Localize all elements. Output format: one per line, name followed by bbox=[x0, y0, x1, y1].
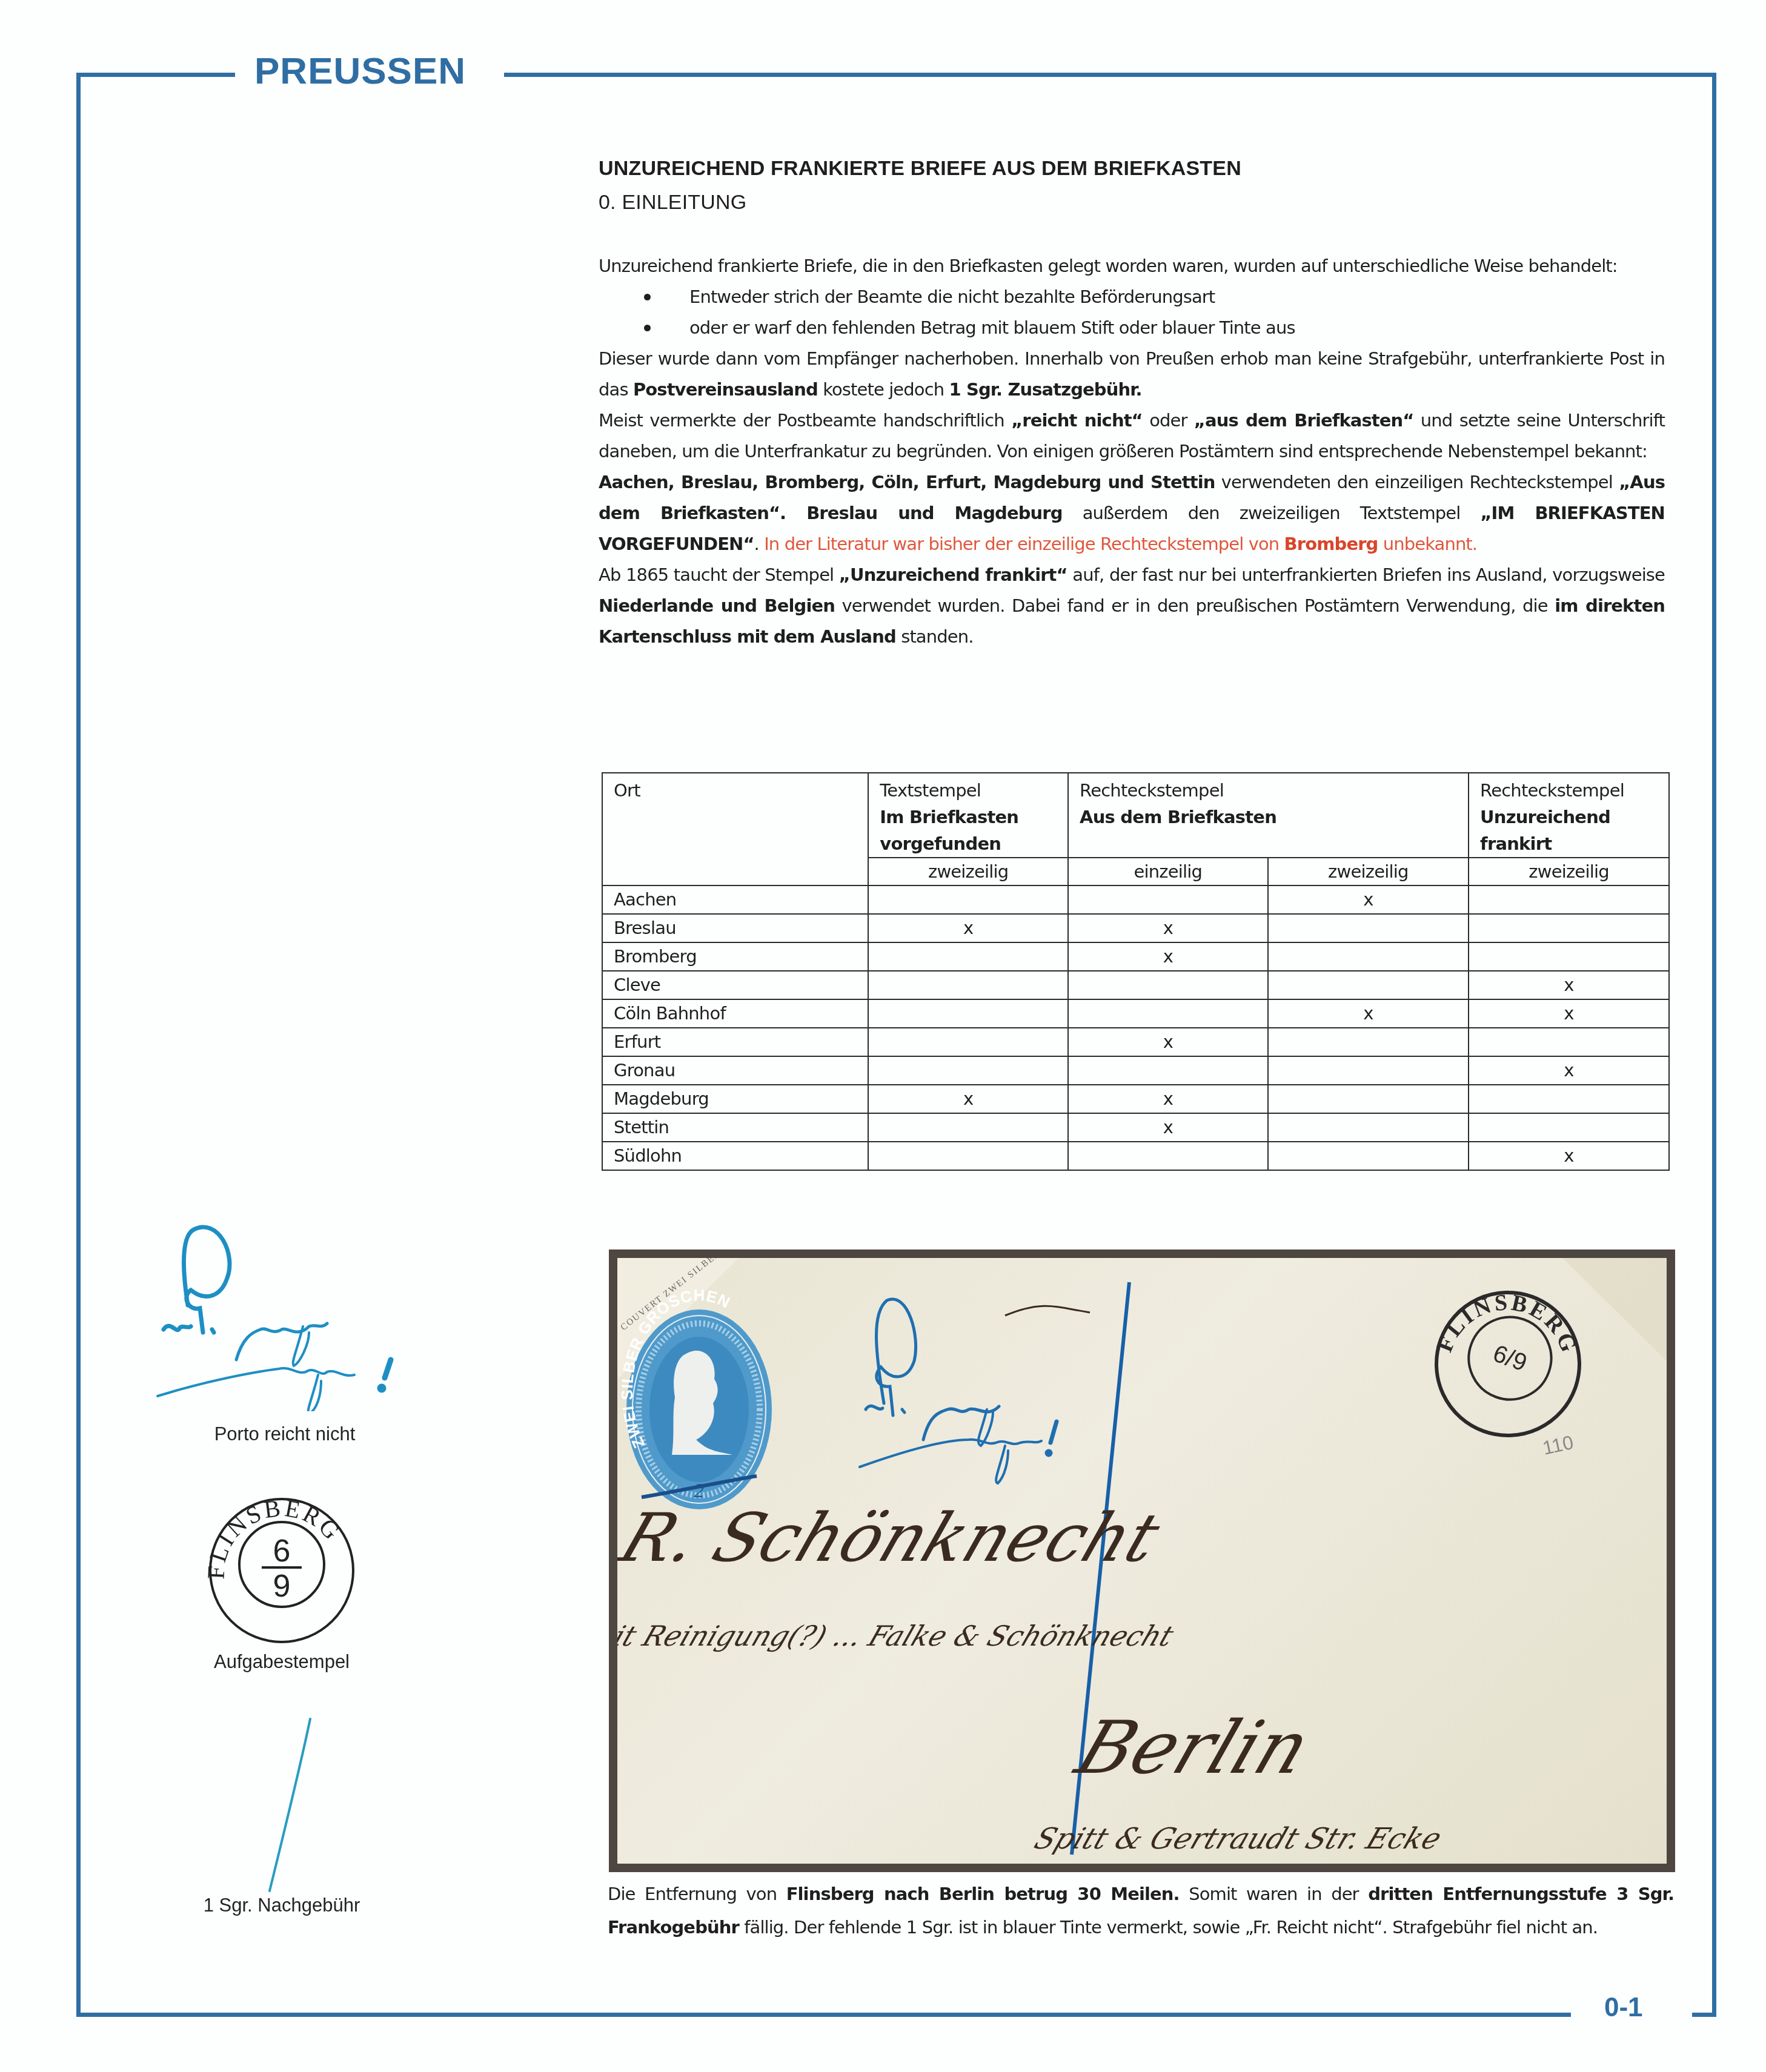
table-row: Magdeburgxx bbox=[602, 1085, 1669, 1113]
cell-mark bbox=[1068, 1056, 1267, 1085]
envelope-drawing: COUVERT ZWEI SILBERGROSCHEN ZWEI SILBER … bbox=[617, 1258, 1667, 1864]
table-row: Stettinx bbox=[602, 1113, 1669, 1142]
table-row: Clevex bbox=[602, 971, 1669, 999]
cell-mark bbox=[1469, 1028, 1669, 1056]
header-ort: Ort bbox=[602, 773, 868, 885]
cell-mark: x bbox=[868, 914, 1068, 942]
cell-mark bbox=[1268, 1085, 1469, 1113]
address-name: R. Schönknecht bbox=[617, 1499, 1170, 1577]
header-rechteck-aus: Rechteckstempel Aus dem Briefkasten bbox=[1068, 773, 1469, 858]
cell-mark: x bbox=[1469, 971, 1669, 999]
subheader: einzeilig bbox=[1068, 858, 1267, 885]
list-item: oder er warf den fehlenden Betrag mit bl… bbox=[689, 313, 1665, 343]
cell-mark bbox=[1068, 999, 1267, 1028]
cell-mark bbox=[1068, 971, 1267, 999]
sidebar-handwriting bbox=[145, 1211, 424, 1411]
cell-mark bbox=[868, 1028, 1068, 1056]
blue-annotation-icon bbox=[860, 1299, 1057, 1483]
frame-top-left bbox=[76, 73, 235, 77]
cell-ort: Bromberg bbox=[602, 942, 868, 971]
stamp-usage-table: Ort Textstempel Im Briefkasten vorgefund… bbox=[602, 772, 1670, 1171]
cell-mark bbox=[1268, 942, 1469, 971]
intro-paragraph-4: Aachen, Breslau, Bromberg, Cöln, Erfurt,… bbox=[599, 467, 1665, 560]
intro-section: UNZUREICHEND FRANKIERTE BRIEFE AUS DEM B… bbox=[599, 151, 1665, 652]
cell-ort: Gronau bbox=[602, 1056, 868, 1085]
postmark-month: 9 bbox=[273, 1569, 291, 1604]
cell-mark: x bbox=[1068, 1085, 1267, 1113]
intro-text: Unzureichend frankierte Briefe, die in d… bbox=[599, 251, 1665, 652]
sidebar-caption-nachgebuehr: 1 Sgr. Nachgebühr bbox=[161, 1895, 403, 1916]
table-row: Südlohnx bbox=[602, 1142, 1669, 1170]
cell-mark: x bbox=[1268, 999, 1469, 1028]
cell-mark bbox=[868, 971, 1068, 999]
cell-mark: x bbox=[1068, 1028, 1267, 1056]
frame-top-right bbox=[504, 73, 1716, 77]
postmark-day: 6 bbox=[273, 1534, 291, 1569]
sidebar-stroke bbox=[242, 1714, 333, 1896]
envelope-postmark-town: FLINSBERG bbox=[1432, 1268, 1594, 1395]
cell-mark bbox=[1469, 942, 1669, 971]
envelope-postmark-icon: FLINSBERG 6/9 bbox=[1410, 1268, 1601, 1455]
cell-ort: Cöln Bahnhof bbox=[602, 999, 868, 1028]
intro-paragraph-3: Meist vermerkte der Postbeamte handschri… bbox=[599, 405, 1665, 467]
table-row: Aachenx bbox=[602, 885, 1669, 914]
pencil-note: 110 bbox=[1541, 1431, 1575, 1459]
envelope-paper: COUVERT ZWEI SILBERGROSCHEN ZWEI SILBER … bbox=[617, 1258, 1667, 1864]
cell-mark bbox=[1469, 1113, 1669, 1142]
cell-mark bbox=[1268, 1142, 1469, 1170]
cell-mark: x bbox=[1068, 914, 1267, 942]
cell-mark bbox=[868, 1056, 1068, 1085]
cell-mark: x bbox=[1268, 885, 1469, 914]
cell-mark bbox=[868, 1142, 1068, 1170]
cell-mark bbox=[1268, 1113, 1469, 1142]
subheader: zweizeilig bbox=[1268, 858, 1469, 885]
cell-mark: x bbox=[1068, 942, 1267, 971]
cell-mark bbox=[868, 1113, 1068, 1142]
address-line-2: mit Reinigung(?) ... Falke & Schönknecht bbox=[617, 1620, 1178, 1652]
frame-bottom-right bbox=[1692, 2013, 1716, 2017]
cell-mark bbox=[1268, 914, 1469, 942]
sidebar-caption-aufgabe: Aufgabestempel bbox=[161, 1651, 403, 1673]
cell-mark bbox=[1469, 914, 1669, 942]
cell-mark bbox=[1268, 1056, 1469, 1085]
frame-bottom-left bbox=[76, 2013, 1571, 2017]
cell-mark: x bbox=[868, 1085, 1068, 1113]
cell-mark: x bbox=[1068, 1113, 1267, 1142]
table-row: Gronaux bbox=[602, 1056, 1669, 1085]
cell-mark bbox=[868, 942, 1068, 971]
subheader: zweizeilig bbox=[1469, 858, 1669, 885]
cell-mark: x bbox=[1469, 1142, 1669, 1170]
cell-mark bbox=[1068, 1142, 1267, 1170]
postmark-icon: FLINSBERG 6 9 bbox=[206, 1495, 357, 1646]
frame-right bbox=[1712, 73, 1716, 2017]
intro-paragraph-2: Dieser wurde dann vom Empfänger nacherho… bbox=[599, 343, 1665, 405]
cell-ort: Stettin bbox=[602, 1113, 868, 1142]
cell-ort: Cleve bbox=[602, 971, 868, 999]
table-header-row: Ort Textstempel Im Briefkasten vorgefund… bbox=[602, 773, 1669, 858]
cell-mark bbox=[1469, 1085, 1669, 1113]
sidebar-postmark: FLINSBERG 6 9 bbox=[206, 1495, 357, 1646]
table-row: Cöln Bahnhofxx bbox=[602, 999, 1669, 1028]
section-subheading: 0. EINLEITUNG bbox=[599, 185, 1665, 219]
svg-text:6/9: 6/9 bbox=[1490, 1340, 1530, 1376]
address-city: Berlin bbox=[1064, 1706, 1321, 1790]
handwritten-note-icon bbox=[145, 1211, 424, 1411]
list-item: Entweder strich der Beamte die nicht bez… bbox=[689, 282, 1665, 313]
table-row: Breslauxx bbox=[602, 914, 1669, 942]
cell-ort: Magdeburg bbox=[602, 1085, 868, 1113]
cell-ort: Aachen bbox=[602, 885, 868, 914]
cell-mark: x bbox=[1469, 1056, 1669, 1085]
address-handwriting: R. Schönknecht mit Reinigung(?) ... Falk… bbox=[617, 1499, 1446, 1855]
stamp-indicium-icon: ZWEI SILBER GROSCHEN 2 bbox=[618, 1286, 772, 1509]
address-street: Spitt & Gertraudt Str. Ecke bbox=[1030, 1821, 1447, 1855]
envelope-image: COUVERT ZWEI SILBERGROSCHEN ZWEI SILBER … bbox=[609, 1249, 1675, 1872]
handling-list: Entweder strich der Beamte die nicht bez… bbox=[599, 282, 1665, 343]
cell-mark bbox=[1268, 971, 1469, 999]
table-row: Erfurtx bbox=[602, 1028, 1669, 1056]
cell-ort: Breslau bbox=[602, 914, 868, 942]
frame-left bbox=[76, 73, 81, 2017]
intro-paragraph-5: Ab 1865 taucht der Stempel „Unzureichend… bbox=[599, 560, 1665, 652]
table-row: Brombergx bbox=[602, 942, 1669, 971]
cell-mark bbox=[1469, 885, 1669, 914]
cell-ort: Südlohn bbox=[602, 1142, 868, 1170]
cell-mark: x bbox=[1469, 999, 1669, 1028]
envelope-caption: Die Entfernung von Flinsberg nach Berlin… bbox=[608, 1878, 1674, 1944]
cell-mark bbox=[1268, 1028, 1469, 1056]
cell-ort: Erfurt bbox=[602, 1028, 868, 1056]
svg-text:FLINSBERG: FLINSBERG bbox=[1432, 1268, 1594, 1395]
section-heading: UNZUREICHEND FRANKIERTE BRIEFE AUS DEM B… bbox=[599, 151, 1665, 185]
header-textstempel: Textstempel Im Briefkasten vorgefunden bbox=[868, 773, 1068, 858]
sidebar-caption-porto: Porto reicht nicht bbox=[164, 1423, 406, 1445]
blue-stroke-icon bbox=[242, 1714, 333, 1896]
subheader: zweizeilig bbox=[868, 858, 1068, 885]
cell-mark bbox=[1068, 885, 1267, 914]
highlight-note: In der Literatur war bisher der einzeili… bbox=[764, 534, 1477, 554]
cell-mark bbox=[868, 999, 1068, 1028]
cell-mark bbox=[868, 885, 1068, 914]
header-rechteck-unzureichend: Rechteckstempel Unzureichend frankirt bbox=[1469, 773, 1669, 858]
page-title: PREUSSEN bbox=[254, 50, 466, 93]
intro-paragraph-1: Unzureichend frankierte Briefe, die in d… bbox=[599, 251, 1665, 282]
page-number: 0-1 bbox=[1604, 1993, 1643, 2023]
